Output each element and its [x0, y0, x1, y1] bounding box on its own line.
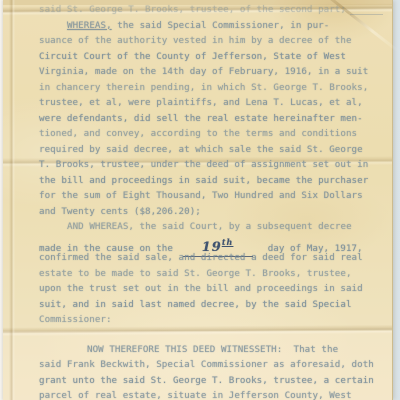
- typed-text: the said Special Commissioner, in pur-: [112, 18, 330, 34]
- document-line: in chancery therein pending, in which St…: [39, 80, 383, 96]
- typed-text: T. Brooks, trustee, under the deed of as…: [39, 157, 368, 173]
- typed-text: upon the trust set out in the bill and p…: [39, 281, 363, 297]
- typed-text: suance of the authority vested in him by…: [39, 33, 352, 49]
- typed-text: NOW THEREFORE THIS DEED WITNESSETH: That…: [87, 342, 338, 358]
- typed-text: parcel of real estate, situate in Jeffer…: [39, 388, 352, 400]
- document-line: said St. George T. Brooks, trustee, of t…: [39, 2, 383, 18]
- document-line: upon the trust set out in the bill and p…: [39, 281, 383, 297]
- document-line: suit, and in said last named decree, by …: [39, 297, 383, 313]
- typed-text: Virginia, made on the 14th day of Februa…: [39, 64, 368, 80]
- typed-text: the bill and proceedings in said suit, b…: [39, 173, 368, 189]
- document-line: and Twenty cents ($8,206.20);: [39, 204, 383, 220]
- vertical-crease-left: [9, 0, 15, 400]
- typed-text: AND WHEREAS, the said Court, by a subseq…: [67, 219, 352, 235]
- document-line: trustee, et al, were plaintiffs, and Len…: [39, 95, 383, 111]
- typed-text: required by said decree, at which sale t…: [39, 142, 363, 158]
- typed-text: said St. George T. Brooks, trustee, of t…: [39, 2, 346, 18]
- document-text: said St. George T. Brooks, trustee, of t…: [39, 2, 383, 400]
- document-line: confirmed the said sale, and directed a …: [39, 250, 383, 266]
- typed-text: confirmed the said sale, and directed a …: [39, 250, 363, 266]
- document-line: WHEREAS, the said Special Commissioner, …: [39, 18, 383, 34]
- typed-text: grant unto the said St. George T. Brooks…: [39, 373, 374, 389]
- typed-text: said Frank Beckwith, Special Commissione…: [39, 357, 374, 373]
- ink-rule: [350, 14, 383, 15]
- document-line: AND WHEREAS, the said Court, by a subseq…: [39, 219, 383, 235]
- typed-text: in chancery therein pending, in which St…: [39, 80, 368, 96]
- document-line: tioned, and convey, according to the ter…: [39, 126, 383, 142]
- typed-text: for the sum of Eight Thousand, Two Hundr…: [39, 188, 363, 204]
- typed-text: Commissioner:: [39, 312, 112, 328]
- document-line: suance of the authority vested in him by…: [39, 33, 383, 49]
- document-line: Circuit Court of the County of Jefferson…: [39, 49, 383, 65]
- document-line: for the sum of Eight Thousand, Two Hundr…: [39, 188, 383, 204]
- paper-sheet: said St. George T. Brooks, trustee, of t…: [3, 0, 393, 400]
- document-line: NOW THEREFORE THIS DEED WITNESSETH: That…: [39, 342, 383, 358]
- document-line: Commissioner:: [39, 312, 383, 328]
- document-line: Virginia, made on the 14th day of Februa…: [39, 64, 383, 80]
- underlined-word: WHEREAS,: [67, 18, 112, 34]
- scanned-document-page: said St. George T. Brooks, trustee, of t…: [0, 0, 400, 400]
- typed-text: Circuit Court of the County of Jefferson…: [39, 49, 346, 65]
- document-line: said Frank Beckwith, Special Commissione…: [39, 357, 383, 373]
- document-line: were defendants, did sell the real estat…: [39, 111, 383, 127]
- typed-text: trustee, et al, were plaintiffs, and Len…: [39, 95, 363, 111]
- document-line: grant unto the said St. George T. Brooks…: [39, 373, 383, 389]
- document-line: made in the cause on the 19th day of May…: [39, 235, 383, 251]
- typed-text: suit, and in said last named decree, by …: [39, 297, 352, 313]
- typed-text: and Twenty cents ($8,206.20);: [39, 204, 201, 220]
- document-line: T. Brooks, trustee, under the deed of as…: [39, 157, 383, 173]
- document-line: estate to be made to said St. George T. …: [39, 266, 383, 282]
- typed-text: were defendants, did sell the real estat…: [39, 111, 363, 127]
- document-line: parcel of real estate, situate in Jeffer…: [39, 388, 383, 400]
- document-line: required by said decree, at which sale t…: [39, 142, 383, 158]
- document-line: the bill and proceedings in said suit, b…: [39, 173, 383, 189]
- typed-text: estate to be made to said St. George T. …: [39, 266, 352, 282]
- typed-text: tioned, and convey, according to the ter…: [39, 126, 357, 142]
